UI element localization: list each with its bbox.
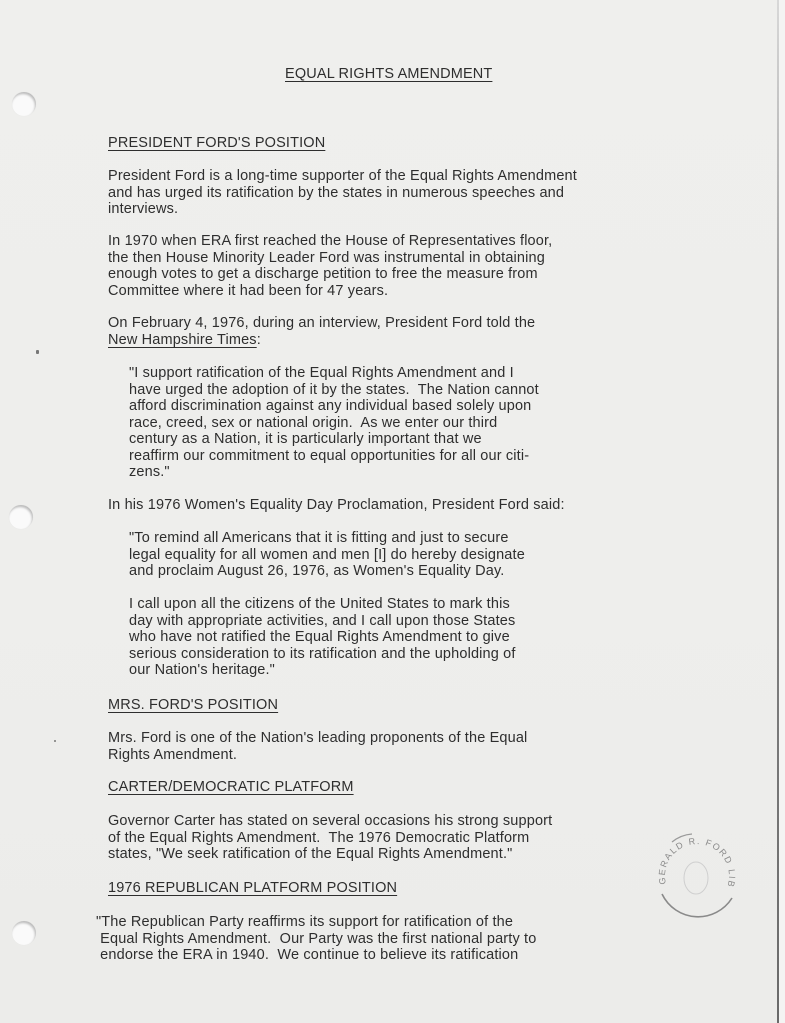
paragraph-carter: Governor Carter has stated on several oc… [108, 813, 552, 863]
publication-line: New Hampshire Times: [108, 332, 261, 349]
section-heading-republican-platform: 1976 REPUBLICAN PLATFORM POSITION [108, 880, 397, 897]
section-heading-mrs-ford: MRS. FORD'S POSITION [108, 697, 278, 714]
quote-new-hampshire-times: "I support ratification of the Equal Rig… [129, 365, 539, 481]
paragraph-proclamation-intro: In his 1976 Women's Equality Day Proclam… [108, 497, 565, 514]
quote-proclamation-part-2: I call upon all the citizens of the Unit… [129, 596, 516, 679]
svg-text:GERALD R. FORD LIBRARY: GERALD R. FORD LIBRARY [648, 824, 737, 889]
punch-hole-icon [12, 921, 36, 945]
stamp-text: GERALD R. FORD LIBRARY [648, 824, 737, 889]
page-title: EQUAL RIGHTS AMENDMENT [285, 66, 492, 83]
quote-proclamation-part-1: "To remind all Americans that it is fitt… [129, 530, 525, 580]
punch-hole-icon [12, 92, 36, 116]
paragraph-ford-supporter: President Ford is a long-time supporter … [108, 168, 577, 218]
punch-hole-icon [9, 505, 33, 529]
scan-speck [54, 740, 56, 742]
paragraph-1970-discharge: In 1970 when ERA first reached the House… [108, 233, 552, 299]
publication-name: New Hampshire Times [108, 332, 257, 348]
publication-suffix: : [257, 332, 261, 348]
section-heading-president-ford: PRESIDENT FORD'S POSITION [108, 135, 325, 152]
page-edge [779, 0, 785, 1023]
paragraph-republican-platform: "The Republican Party reaffirms its supp… [96, 914, 536, 964]
ford-library-stamp-icon: GERALD R. FORD LIBRARY [648, 824, 744, 920]
document-page: EQUAL RIGHTS AMENDMENT PRESIDENT FORD'S … [0, 0, 785, 1023]
paragraph-mrs-ford: Mrs. Ford is one of the Nation's leading… [108, 730, 527, 763]
section-heading-carter-democratic: CARTER/DEMOCRATIC PLATFORM [108, 779, 354, 796]
scan-speck [36, 350, 39, 354]
paragraph-february-interview: On February 4, 1976, during an interview… [108, 315, 535, 332]
